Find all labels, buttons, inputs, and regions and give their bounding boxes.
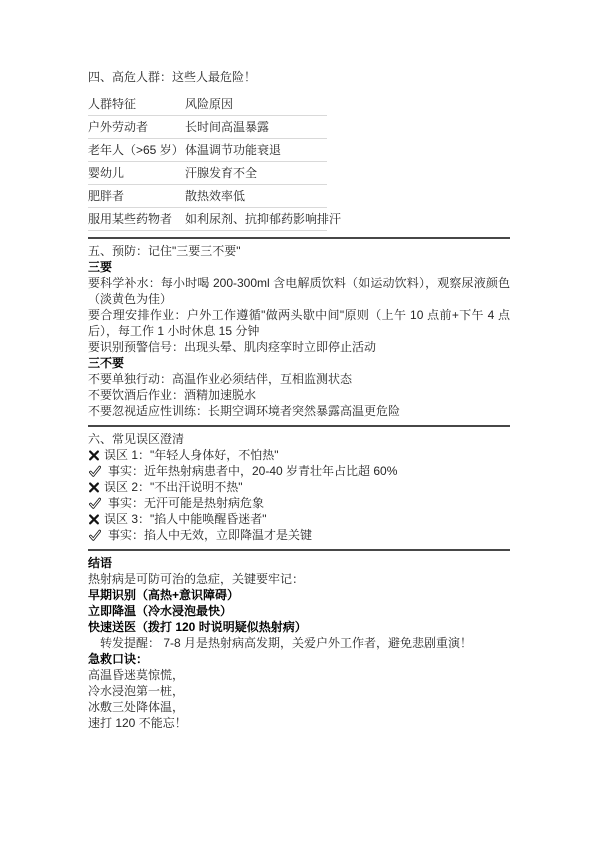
dont-heading: 三不要 xyxy=(88,355,510,371)
fact-item: 事实：掐人中无效，立即降温才是关键 xyxy=(88,527,510,543)
cross-mark-icon xyxy=(88,449,100,461)
section-prevention: 五、预防：记住"三要三不要" 三要 要科学补水：每小时喝 200-300ml 含… xyxy=(88,243,510,419)
fact-text: 事实：近年热射病患者中，20-40 岁青壮年占比超 60% xyxy=(108,463,510,479)
conclusion-intro: 热射病是可防可治的急症，关键要牢记： xyxy=(88,571,510,587)
fact-item: 事实：无汗可能是热射病危象 xyxy=(88,495,510,511)
myth-text: 误区 1："年轻人身体好，不怕热" xyxy=(104,447,510,463)
conclusion-heading: 结语 xyxy=(88,555,510,571)
table-header-feature: 人群特征 xyxy=(88,96,185,112)
table-cell-reason: 汗腺发育不全 xyxy=(185,165,327,181)
check-mark-icon xyxy=(89,465,101,477)
do-item-scheduling: 要合理安排作业：户外工作遵循"做两头歇中间"原则（上午 10 点前+下午 4 点… xyxy=(88,307,510,339)
table-cell-reason: 如利尿剂、抗抑郁药影响排汗 xyxy=(185,211,341,227)
mnemonic-line: 冰敷三处降体温， xyxy=(88,699,510,715)
mnemonic-line: 速打 120 不能忘！ xyxy=(88,715,510,731)
section-high-risk-groups: 四、高危人群：这些人最危险！ 人群特征 风险原因 户外劳动者 长时间高温暴露 老… xyxy=(88,69,510,231)
table-row: 服用某些药物者 如利尿剂、抗抑郁药影响排汗 xyxy=(88,208,327,231)
key-point-immediate-cooling: 立即降温（冷水浸泡最快） xyxy=(88,603,510,619)
section-divider xyxy=(88,425,510,427)
key-point-early-recognition: 早期识别（高热+意识障碍） xyxy=(88,587,510,603)
table-cell-feature: 户外劳动者 xyxy=(88,119,185,135)
do-heading: 三要 xyxy=(88,259,510,275)
document-page: 四、高危人群：这些人最危险！ 人群特征 风险原因 户外劳动者 长时间高温暴露 老… xyxy=(0,0,595,841)
mnemonic-heading: 急救口诀： xyxy=(88,651,510,667)
table-cell-reason: 散热效率低 xyxy=(185,188,327,204)
check-mark-icon xyxy=(89,497,101,509)
myth-item: 误区 2："不出汗说明不热" xyxy=(88,479,510,495)
myth-text: 误区 3："掐人中能唤醒昏迷者" xyxy=(104,511,510,527)
myth-item: 误区 1："年轻人身体好，不怕热" xyxy=(88,447,510,463)
table-cell-reason: 长时间高温暴露 xyxy=(185,119,327,135)
cross-mark-icon xyxy=(88,481,100,493)
mnemonic-line: 冷水浸泡第一桩， xyxy=(88,683,510,699)
risk-table-header-row: 人群特征 风险原因 xyxy=(88,93,327,116)
fact-text: 事实：掐人中无效，立即降温才是关键 xyxy=(108,527,510,543)
dont-item-acclimatization: 不要忽视适应性训练：长期空调环境者突然暴露高温更危险 xyxy=(88,403,510,419)
section4-title: 四、高危人群：这些人最危险！ xyxy=(88,69,510,85)
myth-text: 误区 2："不出汗说明不热" xyxy=(104,479,510,495)
table-header-reason: 风险原因 xyxy=(185,96,327,112)
table-cell-feature: 肥胖者 xyxy=(88,188,185,204)
table-row: 老年人（>65 岁） 体温调节功能衰退 xyxy=(88,139,327,162)
fact-text: 事实：无汗可能是热射病危象 xyxy=(108,495,510,511)
fact-item: 事实：近年热射病患者中，20-40 岁青壮年占比超 60% xyxy=(88,463,510,479)
table-cell-feature: 婴幼儿 xyxy=(88,165,185,181)
table-cell-feature: 服用某些药物者 xyxy=(88,211,185,227)
table-cell-reason: 体温调节功能衰退 xyxy=(185,142,327,158)
dont-item-alone: 不要单独行动：高温作业必须结伴，互相监测状态 xyxy=(88,371,510,387)
section-divider xyxy=(88,237,510,239)
myth-item: 误区 3："掐人中能唤醒昏迷者" xyxy=(88,511,510,527)
section6-title: 六、常见误区澄清 xyxy=(88,431,510,447)
table-cell-feature: 老年人（>65 岁） xyxy=(88,142,185,158)
dont-item-alcohol: 不要饮酒后作业：酒精加速脱水 xyxy=(88,387,510,403)
section-myths: 六、常见误区澄清 误区 1："年轻人身体好，不怕热" 事实：近年热射病患者中，2… xyxy=(88,431,510,543)
cross-mark-icon xyxy=(88,513,100,525)
share-reminder: 转发提醒： 7-8 月是热射病高发期，关爱户外工作者，避免悲剧重演！ xyxy=(88,635,510,651)
do-item-hydration: 要科学补水：每小时喝 200-300ml 含电解质饮料（如运动饮料），观察尿液颜… xyxy=(88,275,510,307)
section-conclusion: 结语 热射病是可防可治的急症，关键要牢记： 早期识别（高热+意识障碍） 立即降温… xyxy=(88,555,510,731)
table-row: 婴幼儿 汗腺发育不全 xyxy=(88,162,327,185)
mnemonic-line: 高温昏迷莫惊慌， xyxy=(88,667,510,683)
section5-title: 五、预防：记住"三要三不要" xyxy=(88,243,510,259)
table-row: 肥胖者 散热效率低 xyxy=(88,185,327,208)
section-divider xyxy=(88,549,510,551)
do-item-warning-signs: 要识别预警信号：出现头晕、肌肉痉挛时立即停止活动 xyxy=(88,339,510,355)
risk-table: 人群特征 风险原因 户外劳动者 长时间高温暴露 老年人（>65 岁） 体温调节功… xyxy=(88,93,327,231)
key-point-rapid-transport: 快速送医（拨打 120 时说明疑似热射病） xyxy=(88,619,510,635)
check-mark-icon xyxy=(89,529,101,541)
table-row: 户外劳动者 长时间高温暴露 xyxy=(88,116,327,139)
